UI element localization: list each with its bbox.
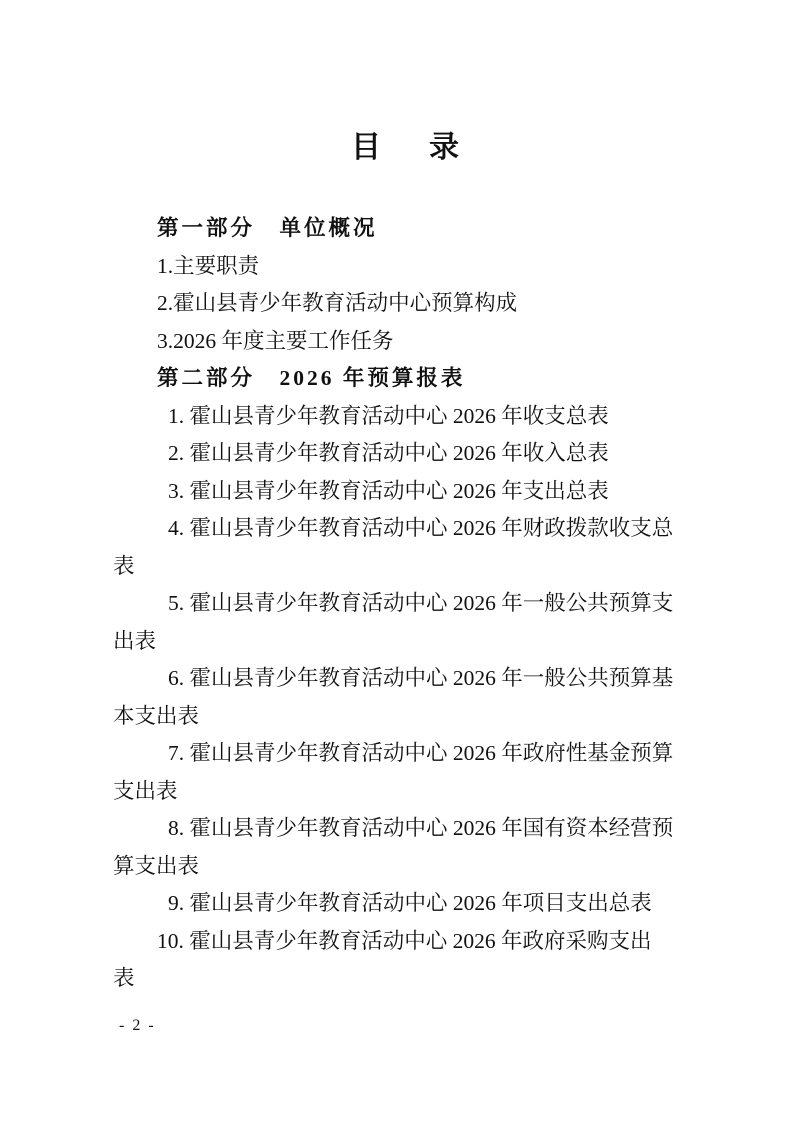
toc-item-p2-1: 1. 霍山县青少年教育活动中心 2026 年收支总表	[113, 398, 680, 436]
toc-item-p2-2: 2. 霍山县青少年教育活动中心 2026 年收入总表	[113, 435, 680, 473]
section-2-heading: 第二部分 2026 年预算报表	[113, 360, 680, 398]
document-page: 目 录 第一部分 单位概况 1.主要职责 2.霍山县青少年教育活动中心预算构成 …	[0, 0, 793, 1122]
toc-item-p2-10: 10. 霍山县青少年教育活动中心 2026 年政府采购支出	[113, 923, 680, 961]
toc-item-p1-3: 3.2026 年度主要工作任务	[113, 323, 680, 361]
toc-item-p2-9: 9. 霍山县青少年教育活动中心 2026 年项目支出总表	[113, 885, 680, 923]
toc-item-p2-6: 6. 霍山县青少年教育活动中心 2026 年一般公共预算基	[113, 660, 680, 698]
toc-item-p2-10-continuation: 表	[113, 960, 680, 998]
toc-item-p1-1: 1.主要职责	[113, 248, 680, 286]
toc-item-p2-8: 8. 霍山县青少年教育活动中心 2026 年国有资本经营预	[113, 810, 680, 848]
toc-body: 第一部分 单位概况 1.主要职责 2.霍山县青少年教育活动中心预算构成 3.20…	[113, 210, 680, 998]
toc-item-p2-4-continuation: 表	[113, 548, 680, 586]
toc-item-p2-6-continuation: 本支出表	[113, 698, 680, 736]
toc-item-p2-4: 4. 霍山县青少年教育活动中心 2026 年财政拨款收支总	[113, 510, 680, 548]
toc-item-p2-3: 3. 霍山县青少年教育活动中心 2026 年支出总表	[113, 473, 680, 511]
toc-item-p2-7: 7. 霍山县青少年教育活动中心 2026 年政府性基金预算	[113, 735, 680, 773]
page-title: 目 录	[0, 128, 793, 168]
section-1-heading: 第一部分 单位概况	[113, 210, 680, 248]
page-number: - 2 -	[119, 1014, 156, 1038]
toc-item-p2-7-continuation: 支出表	[113, 773, 680, 811]
toc-item-p2-8-continuation: 算支出表	[113, 848, 680, 886]
toc-item-p2-5-continuation: 出表	[113, 623, 680, 661]
toc-item-p1-2: 2.霍山县青少年教育活动中心预算构成	[113, 285, 680, 323]
toc-item-p2-5: 5. 霍山县青少年教育活动中心 2026 年一般公共预算支	[113, 585, 680, 623]
